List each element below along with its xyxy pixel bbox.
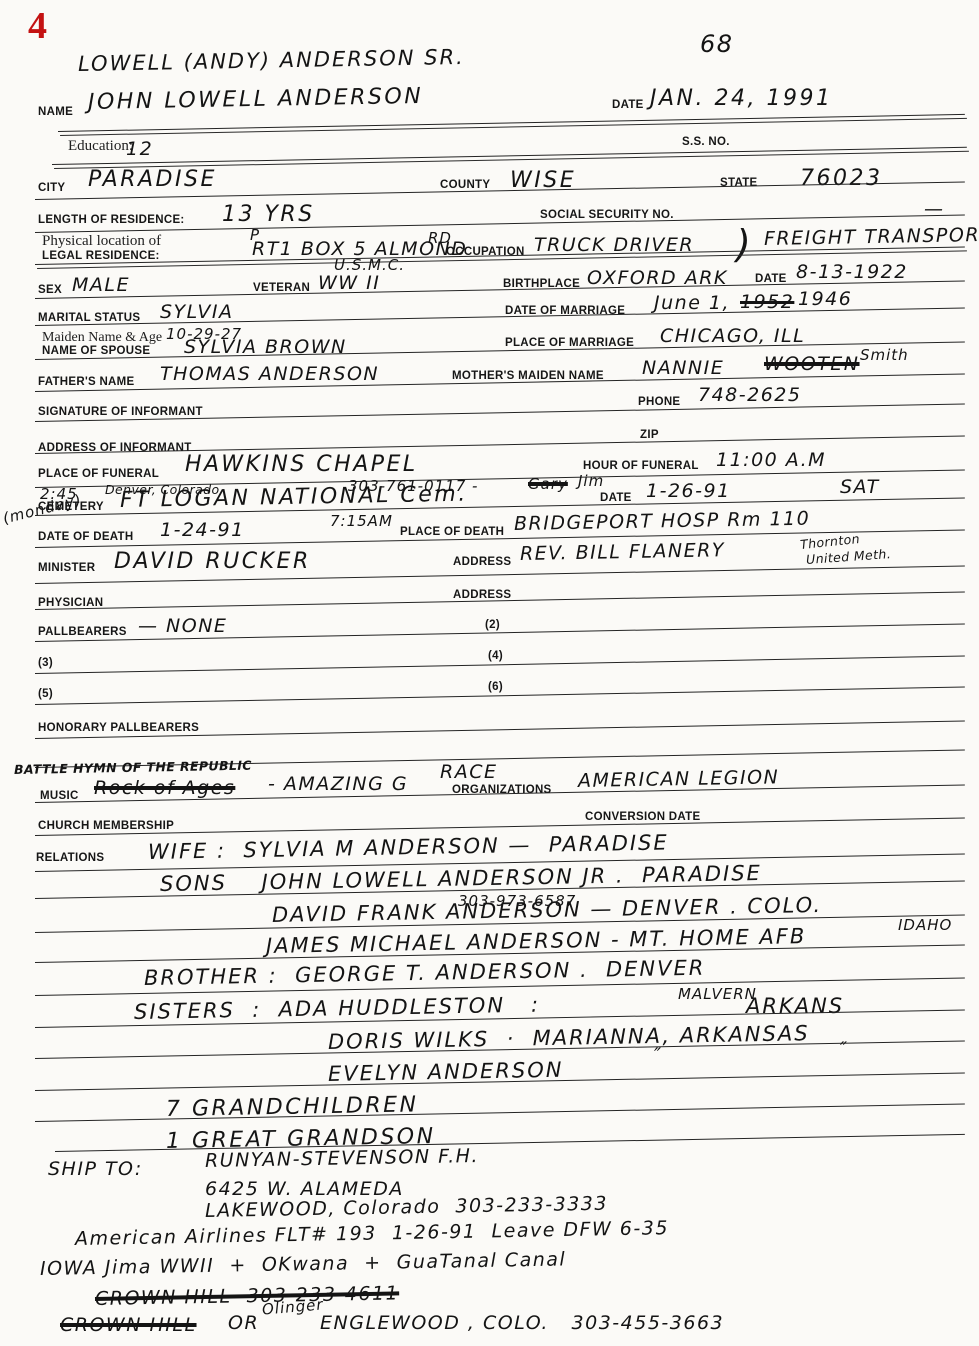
page-number: 68 [700, 30, 734, 58]
field-funeral-place-value: HAWKINS CHAPEL [185, 452, 418, 477]
field-city-value: PARADISE [88, 167, 217, 192]
field-funeral-hour-label: HOUR OF FUNERAL [583, 460, 699, 472]
field-mother-correction-note: Smith [860, 346, 909, 364]
ship-to-label: SHIP TO: [48, 1158, 143, 1180]
field-name-label: NAME [38, 106, 73, 118]
crown-hill-or: OR [228, 1312, 259, 1334]
field-sex-value: MALE [72, 274, 130, 296]
crown-hill-struck-name: CROWN HILL [60, 1314, 197, 1336]
field-zip-label: ZIP [640, 429, 659, 441]
relation-wife: WIFE : SYLVIA M ANDERSON — PARADISE [148, 830, 669, 864]
field-music-struck-value: Rock of Ages [94, 777, 235, 799]
field-funeral-place-label: PLACE OF FUNERAL [38, 468, 159, 480]
field-education-value: 12 [126, 138, 153, 160]
field-spouse-label: NAME OF SPOUSE [42, 345, 150, 357]
field-state-value: 76023 [800, 166, 883, 191]
field-ssn-label: SOCIAL SECURITY NO. [540, 209, 674, 221]
field-pallbearer-slot3: (3) [38, 657, 53, 669]
crown-hill-struck-note: CROWN HILL 303-233-4611 [95, 1282, 400, 1310]
flight-note: American Airlines FLT# 193 1-26-91 Leave… [75, 1217, 669, 1250]
field-maiden-name-note: Maiden Name & Age [42, 330, 162, 346]
field-mother-struck-value: WOOTEN [764, 353, 860, 375]
form-rule [58, 114, 965, 132]
relation-sisters-state: ARKANS [746, 994, 844, 1018]
field-funeral-hour-value: 11:00 A.M [716, 449, 826, 471]
field-relations-label: RELATIONS [36, 852, 104, 864]
field-pallbearer-slot2: (2) [485, 619, 500, 631]
field-funeral-day-value: SAT [840, 476, 880, 498]
ditto-mark: ″ [840, 1038, 849, 1060]
field-city-label: CITY [38, 182, 65, 194]
field-sex-label: SEX [38, 284, 62, 296]
field-minister-value: DAVID RUCKER [114, 549, 311, 574]
field-father-label: FATHER'S NAME [38, 376, 135, 388]
field-death-time-value: 7:15AM [330, 512, 393, 530]
field-name-value: JOHN LOWELL ANDERSON [88, 84, 424, 115]
field-minister-label: MINISTER [38, 562, 95, 574]
field-marriage-date-struck: 1952 [740, 291, 794, 313]
field-minister-address-value: REV. BILL FLANERY [520, 539, 725, 565]
field-funeral-date-label: DATE [600, 492, 632, 504]
field-date-label: DATE [612, 99, 644, 111]
field-pallbearer-slot4: (4) [488, 650, 503, 662]
ship-to-funeral-home: RUNYAN-STEVENSON F.H. [205, 1145, 479, 1172]
note-music-above: BATTLE HYMN OF THE REPUBLIC [14, 758, 252, 777]
field-music-value: - AMAZING G [268, 773, 408, 795]
field-marital-status-label: MARITAL STATUS [38, 312, 140, 324]
field-pallbearer-slot5: (5) [38, 688, 53, 700]
note-phone-struck-name: Gary [528, 475, 568, 493]
form-rule [52, 147, 967, 165]
military-service-note: IOWA Jima WWII + OKwana + GuaTanal Canal [40, 1248, 567, 1280]
field-pallbearer-slot6: (6) [488, 681, 503, 693]
relation-sister2: DORIS WILKS · MARIANNA, ARKANSAS [328, 1021, 810, 1054]
handwritten-paren-divider: ) [736, 222, 752, 266]
field-residence-value: 13 YRS [222, 202, 315, 227]
field-birthdate-value: 8-13-1922 [796, 261, 908, 283]
field-marriage-date-value: 1946 [798, 288, 852, 310]
corner-page-mark: 4 [28, 4, 47, 48]
field-ssn-dash: — [924, 198, 945, 220]
field-marriage-place-value: CHICAGO, ILL [660, 325, 805, 347]
field-death-date-value: 1-24-91 [160, 519, 245, 541]
field-date-value: JAN. 24, 1991 [650, 86, 832, 111]
field-death-date-label: DATE OF DEATH [38, 531, 133, 543]
field-music-raised-word: RACE [440, 761, 497, 783]
field-phone-label: PHONE [638, 396, 680, 408]
field-residence-label: LENGTH OF RESIDENCE: [38, 214, 185, 226]
ditto-mark: ″ [654, 1044, 663, 1066]
field-education-label: Education: [68, 138, 133, 155]
scanned-funeral-record-form: 4 LOWELL (ANDY) ANDERSON SR. 68 NAME JOH… [0, 0, 979, 1346]
field-death-place-label: PLACE OF DEATH [400, 526, 504, 538]
field-marriage-date-prefix: June 1, [654, 292, 730, 314]
deceased-title: LOWELL (ANDY) ANDERSON SR. [78, 45, 465, 76]
field-mother-value: NANNIE [642, 357, 724, 379]
field-pallbearers-label: PALLBEARERS [38, 626, 127, 638]
note-phone-contact: Jim [578, 472, 604, 490]
relation-son3-state-note: IDAHO [898, 916, 952, 934]
field-music-label: MUSIC [40, 790, 79, 802]
field-pallbearers-value: — NONE [138, 615, 227, 637]
field-marital-status-value: SYLVIA [160, 301, 233, 323]
olinger-note: Olinger [261, 1295, 324, 1318]
field-death-place-value: BRIDGEPORT HOSP Rm 110 [514, 508, 811, 535]
field-church-membership-label: CHURCH MEMBERSHIP [38, 820, 174, 832]
field-ssno-label: S.S. NO. [682, 136, 730, 148]
field-minister-address-label: ADDRESS [453, 556, 511, 568]
field-conversion-date-label: CONVERSION DATE [585, 811, 700, 823]
field-father-value: THOMAS ANDERSON [160, 363, 379, 385]
field-legal-residence-road-sup: RD [428, 229, 452, 247]
englewood-phone-note: ENGLEWOOD , COLO. 303-455-3663 [320, 1312, 724, 1334]
field-physical-location-note: Physical location of [42, 233, 161, 250]
field-honorary-pallbearers-label: HONORARY PALLBEARERS [38, 722, 199, 734]
field-state-label: STATE [720, 177, 758, 189]
field-signature-label: SIGNATURE OF INFORMANT [38, 406, 203, 418]
field-legal-residence-label: LEGAL RESIDENCE: [42, 250, 160, 262]
field-county-label: COUNTY [440, 179, 490, 191]
field-funeral-date-value: 1-26-91 [646, 480, 731, 502]
field-phone-value: 748-2625 [698, 384, 801, 406]
